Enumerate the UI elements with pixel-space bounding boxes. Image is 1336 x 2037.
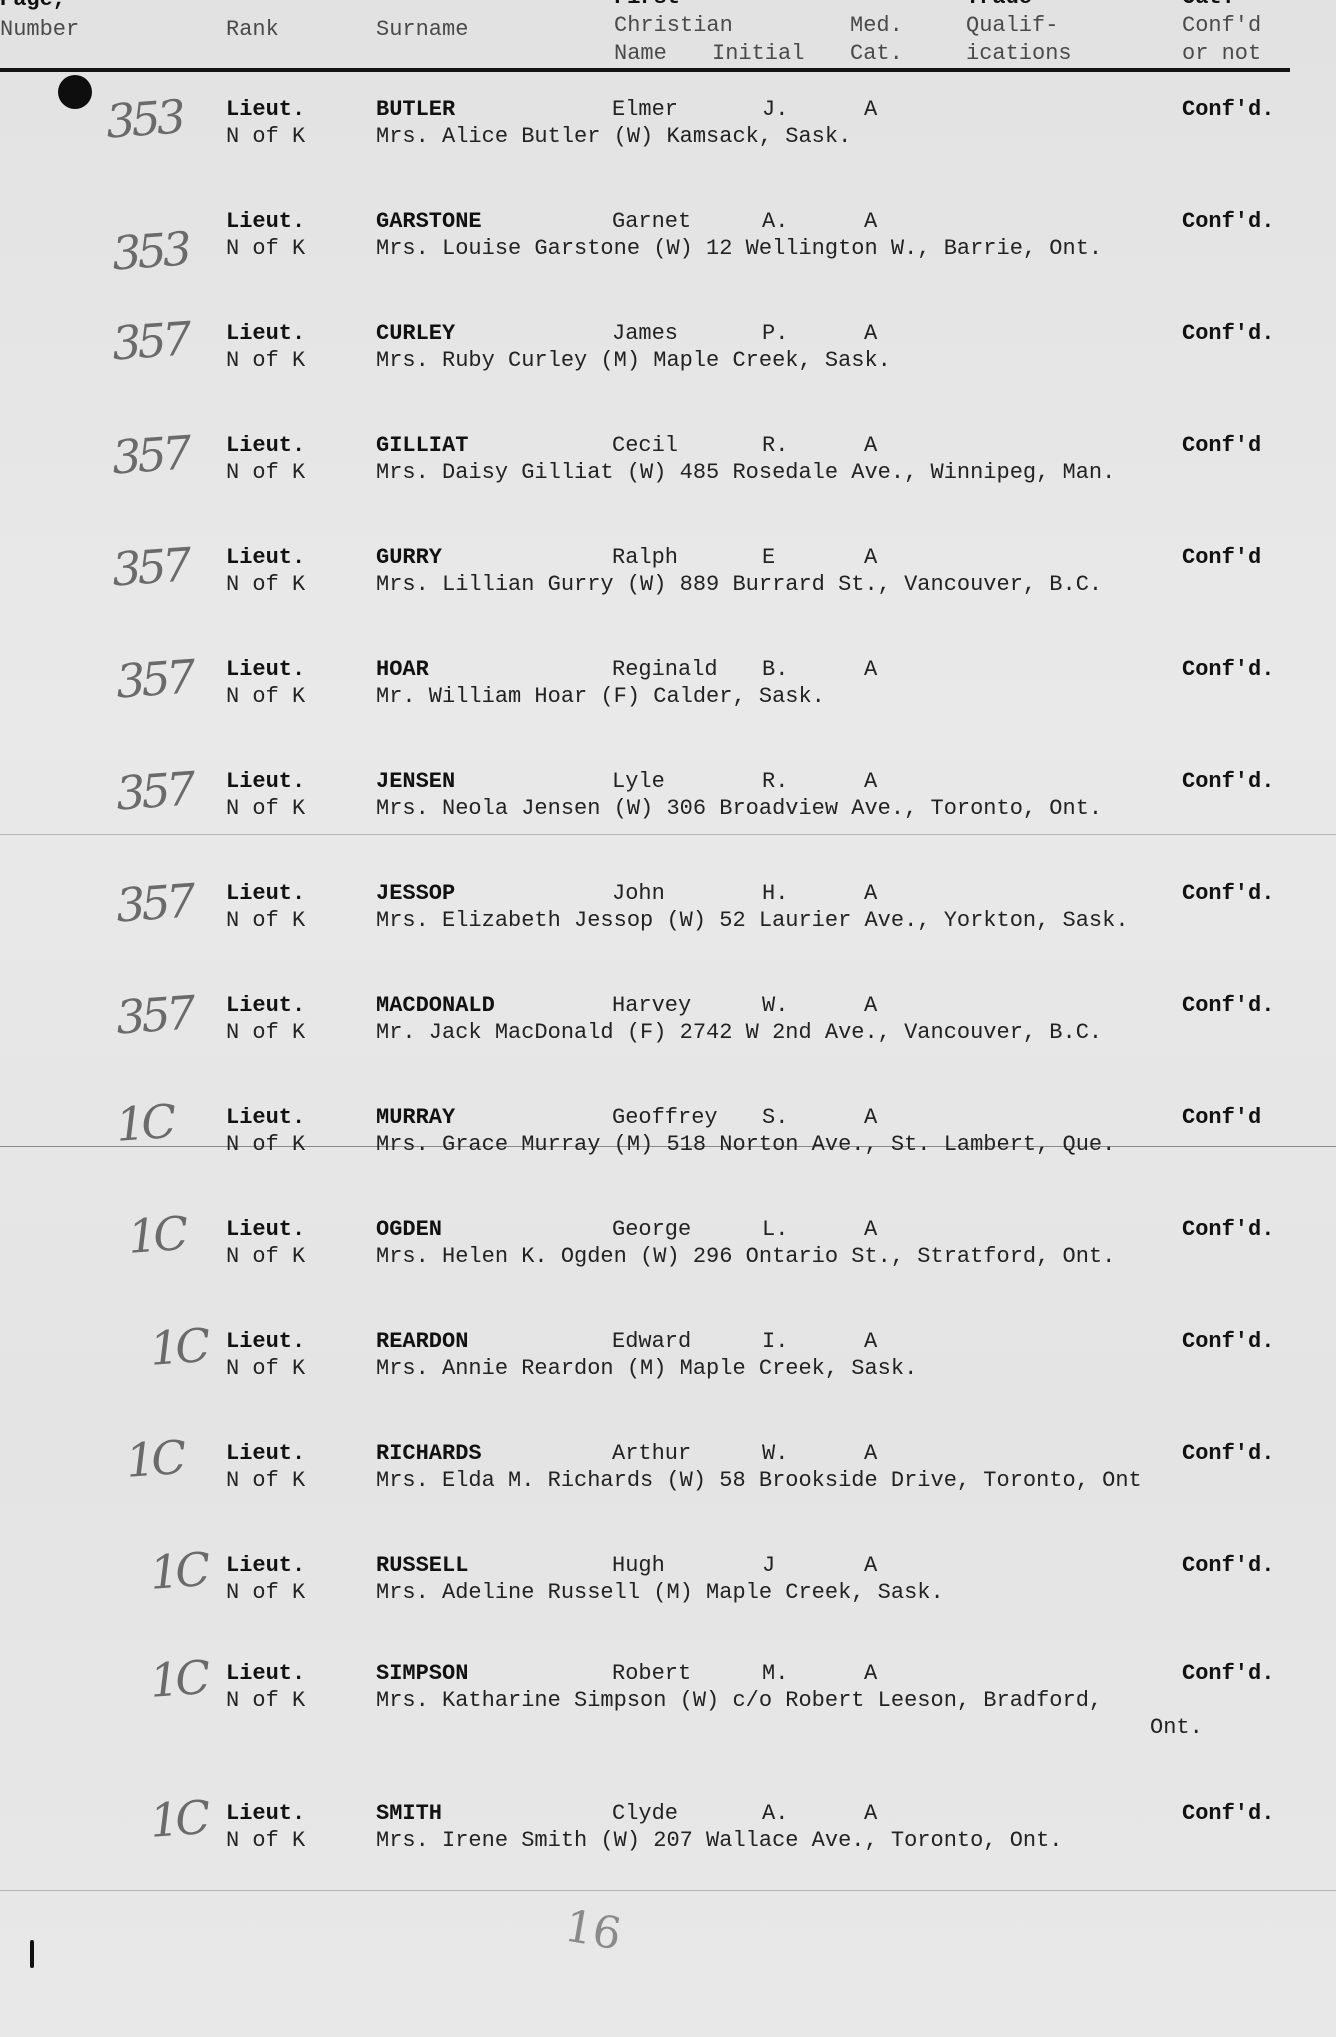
initial: L. [762,1216,788,1243]
nok-label: N of K [226,123,305,150]
next-of-kin: Mrs. Grace Murray (M) 518 Norton Ave., S… [376,1131,1115,1158]
handwritten-annotation: 353 [110,221,189,280]
med-cat: A [864,992,877,1019]
header-page-fragment: Page, [0,0,66,14]
next-of-kin: Mrs. Helen K. Ogden (W) 296 Ontario St.,… [376,1243,1115,1270]
rank: Lieut. [226,1800,305,1827]
initial: R. [762,768,788,795]
confirmed-status: Conf'd. [1182,1440,1274,1467]
rank: Lieut. [226,432,305,459]
handwritten-annotation: 1C [114,1094,174,1152]
med-cat: A [864,1552,877,1579]
list-item: 357 Lieut. N of K JENSEN Lyle R. A Conf'… [0,768,1336,828]
rank: Lieut. [226,1328,305,1355]
surname: JESSOP [376,880,455,907]
list-item: 1C Lieut. N of K RICHARDS Arthur W. A Co… [0,1440,1336,1500]
rank: Lieut. [226,1216,305,1243]
initial: J [762,1552,775,1579]
handwritten-annotation-bottom: 16 [561,1901,625,1961]
handwritten-annotation: 1C [148,1790,208,1848]
faint-rule [0,834,1336,835]
nok-label: N of K [226,571,305,598]
header-initial: Initial [712,40,804,68]
surname: JENSEN [376,768,455,795]
list-item: 357 Lieut. N of K MACDONALD Harvey W. A … [0,992,1336,1052]
handwritten-annotation: 1C [148,1650,208,1708]
confirmed-status: Conf'd. [1182,208,1274,235]
med-cat: A [864,656,877,683]
header-number: Number [0,16,79,44]
med-cat: A [864,432,877,459]
handwritten-annotation: 357 [110,537,189,596]
handwritten-annotation: 1C [124,1430,184,1488]
rank: Lieut. [226,1660,305,1687]
initial: R. [762,432,788,459]
handwritten-annotation: 1C [148,1542,208,1600]
med-cat: A [864,1104,877,1131]
header-trade-fragment: Trade [966,0,1032,12]
next-of-kin: Mrs. Annie Reardon (M) Maple Creek, Sask… [376,1355,917,1382]
nok-label: N of K [226,1355,305,1382]
list-item: 1C Lieut. N of K SIMPSON Robert M. A Con… [0,1660,1336,1720]
next-of-kin: Mrs. Ruby Curley (M) Maple Creek, Sask. [376,347,891,374]
christian-name: Clyde [612,1800,678,1827]
confirmed-status: Conf'd. [1182,1216,1274,1243]
christian-name: George [612,1216,691,1243]
list-item: 353 Lieut. N of K GARSTONE Garnet A. A C… [0,208,1336,268]
list-item: 1C Lieut. N of K RUSSELL Hugh J A Conf'd… [0,1552,1336,1612]
list-item: 357 Lieut. N of K GILLIAT Cecil R. A Con… [0,432,1336,492]
surname: GILLIAT [376,432,468,459]
next-of-kin: Mrs. Elizabeth Jessop (W) 52 Laurier Ave… [376,907,1129,934]
nok-label: N of K [226,1687,305,1714]
header-rank: Rank [226,16,279,44]
list-item: 1C Lieut. N of K OGDEN George L. A Conf'… [0,1216,1336,1276]
list-item: 357 Lieut. N of K GURRY Ralph E A Conf'd… [0,544,1336,604]
initial: P. [762,320,788,347]
handwritten-annotation: 353 [104,89,183,148]
initial: M. [762,1660,788,1687]
handwritten-annotation: 357 [114,873,193,932]
nok-label: N of K [226,1827,305,1854]
surname: HOAR [376,656,429,683]
rank: Lieut. [226,1104,305,1131]
surname: OGDEN [376,1216,442,1243]
list-item: 357 Lieut. N of K CURLEY James P. A Conf… [0,320,1336,380]
surname: GARSTONE [376,208,482,235]
christian-name: Hugh [612,1552,665,1579]
med-cat: A [864,768,877,795]
initial: W. [762,1440,788,1467]
confirmed-status: Conf'd. [1182,320,1274,347]
surname: SIMPSON [376,1660,468,1687]
surname: REARDON [376,1328,468,1355]
nok-label: N of K [226,347,305,374]
confirmed-status: Conf'd. [1182,992,1274,1019]
initial: W. [762,992,788,1019]
surname: CURLEY [376,320,455,347]
initial: J. [762,96,788,123]
surname: SMITH [376,1800,442,1827]
next-of-kin: Mrs. Daisy Gilliat (W) 485 Rosedale Ave.… [376,459,1115,486]
header-first-fragment: First [614,0,680,12]
rank: Lieut. [226,768,305,795]
next-of-kin: Mr. Jack MacDonald (F) 2742 W 2nd Ave., … [376,1019,1102,1046]
faint-rule [0,1890,1336,1891]
med-cat: A [864,1660,877,1687]
surname: RICHARDS [376,1440,482,1467]
christian-name: James [612,320,678,347]
christian-name: Harvey [612,992,691,1019]
next-of-kin: Mrs. Irene Smith (W) 207 Wallace Ave., T… [376,1827,1063,1854]
confirmed-status: Conf'd. [1182,768,1274,795]
med-cat: A [864,96,877,123]
christian-name: Garnet [612,208,691,235]
header-confid-2: or not [1182,40,1261,68]
med-cat: A [864,544,877,571]
handwritten-annotation: 357 [114,761,193,820]
christian-name: Ralph [612,544,678,571]
header-med-cat-2: Cat. [850,40,903,68]
med-cat: A [864,208,877,235]
nok-label: N of K [226,1131,305,1158]
list-item: 1C Lieut. N of K SMITH Clyde A. A Conf'd… [0,1800,1336,1860]
med-cat: A [864,1216,877,1243]
header-confid-1: Conf'd [1182,12,1261,40]
nok-label: N of K [226,795,305,822]
christian-name: Robert [612,1660,691,1687]
list-item: 357 Lieut. N of K HOAR Reginald B. A Con… [0,656,1336,716]
rank: Lieut. [226,1440,305,1467]
list-item: 1C Lieut. N of K MURRAY Geoffrey S. A Co… [0,1104,1336,1164]
header-qualifications-2: ications [966,40,1072,68]
handwritten-annotation: 357 [114,985,193,1044]
header-med-cat-1: Med. [850,12,903,40]
rank: Lieut. [226,544,305,571]
nok-label: N of K [226,1243,305,1270]
nok-label: N of K [226,1019,305,1046]
next-of-kin: Mrs. Elda M. Richards (W) 58 Brookside D… [376,1467,1142,1494]
med-cat: A [864,320,877,347]
next-of-kin: Mrs. Neola Jensen (W) 306 Broadview Ave.… [376,795,1102,822]
surname: RUSSELL [376,1552,468,1579]
nok-label: N of K [226,683,305,710]
confirmed-status: Conf'd. [1182,1660,1274,1687]
surname: GURRY [376,544,442,571]
nok-label: N of K [226,1467,305,1494]
header-qualifications-1: Qualif- [966,12,1058,40]
next-of-kin: Mrs. Adeline Russell (M) Maple Creek, Sa… [376,1579,944,1606]
next-of-kin-line2: Ont. [1150,1714,1203,1741]
christian-name: Elmer [612,96,678,123]
christian-name: Geoffrey [612,1104,718,1131]
rank: Lieut. [226,880,305,907]
christian-name: John [612,880,665,907]
next-of-kin: Mrs. Katharine Simpson (W) c/o Robert Le… [376,1687,1102,1714]
rank: Lieut. [226,320,305,347]
next-of-kin: Mrs. Lillian Gurry (W) 889 Burrard St., … [376,571,1102,598]
margin-mark [30,1940,34,1968]
christian-name: Cecil [612,432,678,459]
handwritten-annotation: 357 [110,311,189,370]
confirmed-status: Conf'd [1182,544,1261,571]
nok-label: N of K [226,459,305,486]
confirmed-status: Conf'd. [1182,880,1274,907]
med-cat: A [864,880,877,907]
rank: Lieut. [226,208,305,235]
table-header: Page, Number Rank Surname First Christia… [0,0,1336,70]
rank: Lieut. [226,992,305,1019]
christian-name: Edward [612,1328,691,1355]
confirmed-status: Conf'd. [1182,1800,1274,1827]
nok-label: N of K [226,1579,305,1606]
header-christian-name-1: Christian [614,12,733,40]
list-item: 357 Lieut. N of K JESSOP John H. A Conf'… [0,880,1336,940]
header-rule [0,68,1290,72]
initial: A. [762,1800,788,1827]
handwritten-annotation: 1C [126,1206,186,1264]
nok-label: N of K [226,907,305,934]
rank: Lieut. [226,1552,305,1579]
initial: B. [762,656,788,683]
header-christian-name-2: Name [614,40,667,68]
confirmed-status: Conf'd [1182,1104,1261,1131]
initial: S. [762,1104,788,1131]
rank: Lieut. [226,656,305,683]
next-of-kin: Mrs. Alice Butler (W) Kamsack, Sask. [376,123,851,150]
initial: I. [762,1328,788,1355]
confirmed-status: Conf'd. [1182,1328,1274,1355]
surname: MURRAY [376,1104,455,1131]
next-of-kin: Mr. William Hoar (F) Calder, Sask. [376,683,825,710]
surname: BUTLER [376,96,455,123]
surname: MACDONALD [376,992,495,1019]
header-cat-fragment: Cat. [1182,0,1235,12]
christian-name: Reginald [612,656,718,683]
med-cat: A [864,1328,877,1355]
list-item: 1C Lieut. N of K REARDON Edward I. A Con… [0,1328,1336,1388]
handwritten-annotation: 357 [110,425,189,484]
christian-name: Lyle [612,768,665,795]
list-item: 353 Lieut. N of K BUTLER Elmer J. A Conf… [0,96,1336,156]
confirmed-status: Conf'd. [1182,96,1274,123]
confirmed-status: Conf'd. [1182,1552,1274,1579]
med-cat: A [864,1440,877,1467]
christian-name: Arthur [612,1440,691,1467]
confirmed-status: Conf'd [1182,432,1261,459]
initial: A. [762,208,788,235]
handwritten-annotation: 357 [114,649,193,708]
next-of-kin: Mrs. Louise Garstone (W) 12 Wellington W… [376,235,1102,262]
rank: Lieut. [226,96,305,123]
handwritten-annotation: 1C [148,1318,208,1376]
header-surname: Surname [376,16,468,44]
initial: H. [762,880,788,907]
med-cat: A [864,1800,877,1827]
confirmed-status: Conf'd. [1182,656,1274,683]
initial: E [762,544,775,571]
nok-label: N of K [226,235,305,262]
